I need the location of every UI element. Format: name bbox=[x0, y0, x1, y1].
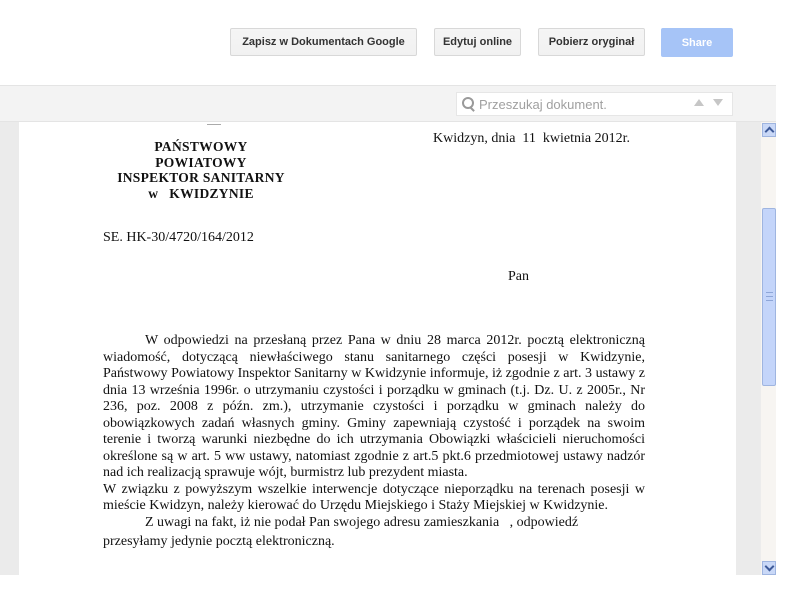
save-to-google-docs-button[interactable]: Zapisz w Dokumentach Google bbox=[230, 28, 417, 56]
page-footer-area bbox=[0, 575, 810, 600]
search-box[interactable] bbox=[456, 92, 733, 116]
reference-number: SE. HK-30/4720/164/2012 bbox=[103, 230, 254, 246]
scrollbar-thumb[interactable] bbox=[762, 208, 776, 386]
paragraph: przesyłamy jedynie pocztą elektroniczną. bbox=[103, 534, 645, 551]
search-input[interactable] bbox=[477, 94, 679, 114]
previous-result-arrow-icon[interactable] bbox=[694, 99, 704, 106]
scroll-down-button[interactable] bbox=[762, 561, 776, 575]
issuing-authority: PAŃSTWOWY POWIATOWY INSPEKTOR SANITARNY … bbox=[104, 139, 298, 201]
date-line: Kwidzyn, dnia 11 kwietnia 2012r. bbox=[433, 131, 630, 147]
edit-online-button[interactable]: Edytuj online bbox=[434, 28, 521, 56]
document-page: PAŃSTWOWY POWIATOWY INSPEKTOR SANITARNY … bbox=[19, 122, 736, 575]
grip-icon bbox=[766, 292, 773, 301]
addressee: Pan bbox=[508, 269, 529, 285]
authority-line: PAŃSTWOWY bbox=[104, 139, 298, 155]
viewer-toolbar bbox=[0, 85, 776, 122]
next-result-arrow-icon[interactable] bbox=[713, 99, 723, 106]
share-button[interactable]: Share bbox=[661, 28, 733, 57]
paragraph: Z uwagi na fakt, iż nie podał Pan swojeg… bbox=[103, 515, 645, 532]
emblem-fragment-icon bbox=[207, 122, 221, 125]
top-action-bar: Zapisz w Dokumentach Google Edytuj onlin… bbox=[0, 0, 810, 85]
authority-line: POWIATOWY bbox=[104, 155, 298, 171]
vertical-scrollbar[interactable] bbox=[760, 122, 776, 575]
document-viewer: PAŃSTWOWY POWIATOWY INSPEKTOR SANITARNY … bbox=[0, 122, 776, 575]
paragraph: W związku z powyższym wszelkie interwenc… bbox=[103, 482, 645, 515]
authority-line: w KWIDZYNIE bbox=[104, 186, 298, 202]
chevron-down-icon bbox=[764, 562, 774, 572]
letter-body: W odpowiedzi na przesłaną przez Pana w d… bbox=[103, 333, 645, 551]
download-original-button[interactable]: Pobierz oryginał bbox=[538, 28, 645, 56]
authority-line: INSPEKTOR SANITARNY bbox=[104, 170, 298, 186]
scroll-up-button[interactable] bbox=[762, 123, 776, 137]
search-icon bbox=[461, 96, 477, 112]
chevron-up-icon bbox=[764, 127, 774, 137]
paragraph: W odpowiedzi na przesłaną przez Pana w d… bbox=[103, 333, 645, 482]
